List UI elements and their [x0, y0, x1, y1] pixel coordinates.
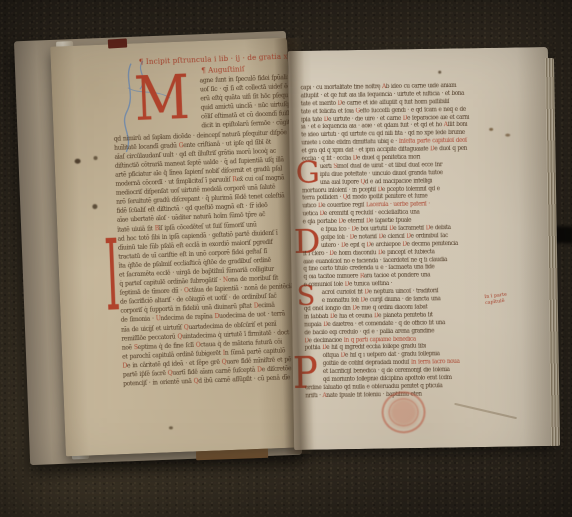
ink-stain [169, 426, 173, 429]
manuscript-page-left: ¶ Incipit pſtruncula i lib · ij · de gra… [50, 38, 303, 457]
ink-stain [75, 159, 81, 164]
leather-tab [108, 39, 127, 49]
page-crease [454, 403, 517, 419]
wormhole [438, 71, 441, 74]
left-text-column: agne ſunt in ſpeculō fidei ſpūaliſ cōtul… [112, 74, 300, 390]
wormhole [489, 128, 493, 131]
wormhole [505, 134, 510, 137]
manuscript-photo: ¶ Incipit pſtruncula i lib · ij · de gra… [0, 0, 572, 517]
ink-stain [93, 156, 97, 160]
library-stamp [381, 391, 426, 434]
ink-stain [92, 204, 97, 209]
rubric-heading-line2: ¶ Auguſtiniſ [201, 64, 245, 75]
manuscript-page-right: G D S P capī · cū mortalitatē fine noſtr… [288, 47, 554, 450]
right-text-column: capī · cū mortalitatē fine noſtrę Ab̄ id… [300, 82, 519, 401]
